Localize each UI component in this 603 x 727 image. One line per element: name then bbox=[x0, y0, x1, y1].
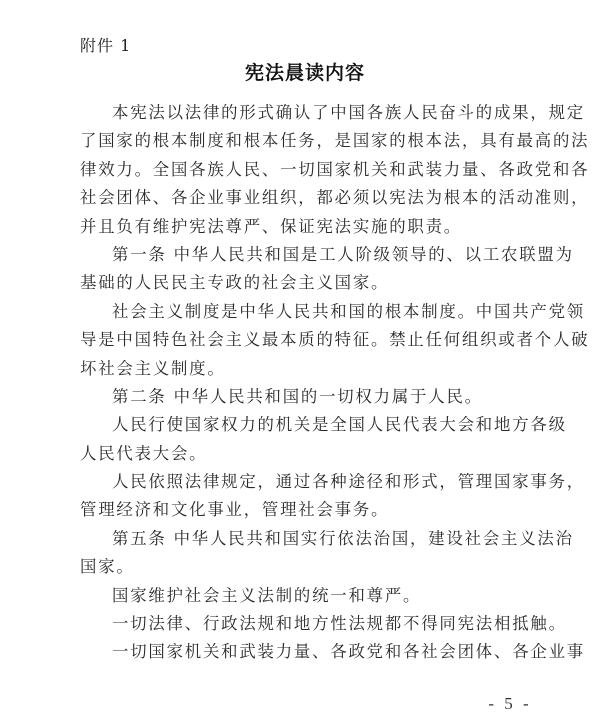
text-line: 人民依照法律规定，通过各种途径和形式，管理国家事务， bbox=[80, 468, 532, 496]
paragraph-article-2-clause-3: 人民依照法律规定，通过各种途径和形式，管理国家事务， 管理经济和文化事业，管理社… bbox=[80, 468, 532, 525]
text-line: 了国家的根本制度和根本任务，是国家的根本法，具有最高的法 bbox=[80, 127, 532, 155]
text-line: 基础的人民民主专政的社会主义国家。 bbox=[80, 269, 532, 297]
text-line: 本宪法以法律的形式确认了中国各族人民奋斗的成果，规定 bbox=[80, 99, 532, 127]
text-line: 社会团体、各企业事业组织，都必须以宪法为根本的活动准则， bbox=[80, 184, 532, 212]
text-line: 国家。 bbox=[80, 553, 532, 581]
text-line: 人民行使国家权力的机关是全国人民代表大会和地方各级 bbox=[80, 411, 532, 439]
paragraph-article-5-clause-4: 一切国家机关和武装力量、各政党和各社会团体、各企业事 bbox=[80, 638, 532, 666]
paragraph-article-2-clause-2: 人民行使国家权力的机关是全国人民代表大会和地方各级 人民代表大会。 bbox=[80, 411, 532, 468]
paragraph-preamble: 本宪法以法律的形式确认了中国各族人民奋斗的成果，规定 了国家的根本制度和根本任务… bbox=[80, 99, 532, 241]
text-line: 坏社会主义制度。 bbox=[80, 355, 532, 383]
text-line: 国家维护社会主义法制的统一和尊严。 bbox=[80, 582, 532, 610]
paragraph-article-1-clause-2: 社会主义制度是中华人民共和国的根本制度。中国共产党领 导是中国特色社会主义最本质… bbox=[80, 298, 532, 383]
text-line: 导是中国特色社会主义最本质的特征。禁止任何组织或者个人破 bbox=[80, 326, 532, 354]
document-body: 本宪法以法律的形式确认了中国各族人民奋斗的成果，规定 了国家的根本制度和根本任务… bbox=[80, 99, 532, 667]
text-line: 第一条 中华人民共和国是工人阶级领导的、以工农联盟为 bbox=[80, 241, 532, 269]
text-line: 管理经济和文化事业，管理社会事务。 bbox=[80, 496, 532, 524]
paragraph-article-5: 第五条 中华人民共和国实行依法治国，建设社会主义法治 国家。 bbox=[80, 525, 532, 582]
text-line: 并且负有维护宪法尊严、保证宪法实施的职责。 bbox=[80, 213, 532, 241]
text-line: 第二条 中华人民共和国的一切权力属于人民。 bbox=[80, 383, 532, 411]
attachment-label: 附件 1 bbox=[80, 33, 131, 56]
paragraph-article-2: 第二条 中华人民共和国的一切权力属于人民。 bbox=[80, 383, 532, 411]
text-line: 一切国家机关和武装力量、各政党和各社会团体、各企业事 bbox=[80, 638, 532, 666]
text-line: 人民代表大会。 bbox=[80, 440, 532, 468]
page-number: - 5 - bbox=[480, 694, 540, 714]
text-line: 第五条 中华人民共和国实行依法治国，建设社会主义法治 bbox=[80, 525, 532, 553]
text-line: 律效力。全国各族人民、一切国家机关和武装力量、各政党和各 bbox=[80, 156, 532, 184]
paragraph-article-5-clause-3: 一切法律、行政法规和地方性法规都不得同宪法相抵触。 bbox=[80, 610, 532, 638]
text-line: 一切法律、行政法规和地方性法规都不得同宪法相抵触。 bbox=[80, 610, 532, 638]
document-page: 附件 1 宪法晨读内容 本宪法以法律的形式确认了中国各族人民奋斗的成果，规定 了… bbox=[0, 0, 603, 727]
text-line: 社会主义制度是中华人民共和国的根本制度。中国共产党领 bbox=[80, 298, 532, 326]
document-title: 宪法晨读内容 bbox=[0, 58, 603, 85]
paragraph-article-5-clause-2: 国家维护社会主义法制的统一和尊严。 bbox=[80, 582, 532, 610]
paragraph-article-1: 第一条 中华人民共和国是工人阶级领导的、以工农联盟为 基础的人民民主专政的社会主… bbox=[80, 241, 532, 298]
